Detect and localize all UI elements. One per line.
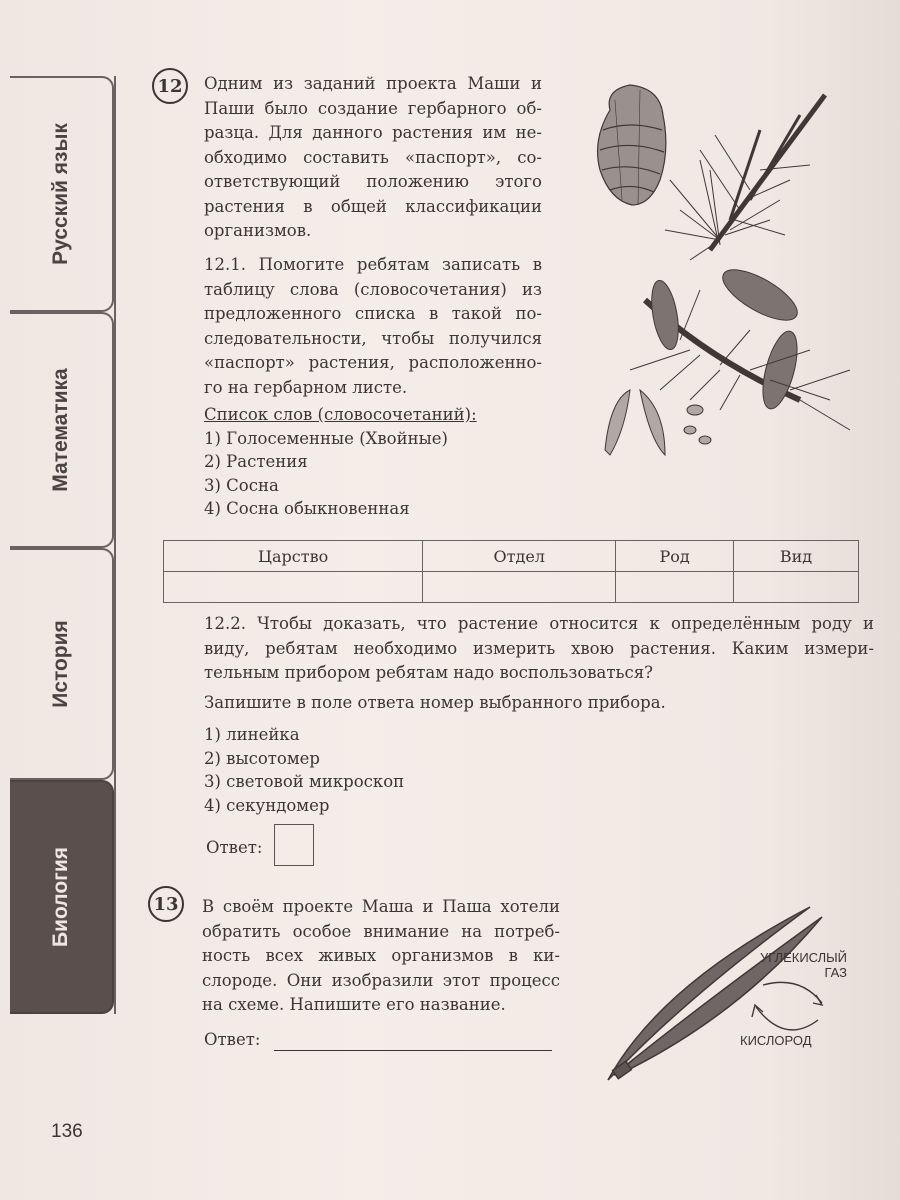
answer-cell-species[interactable] <box>733 572 858 603</box>
diagram-label-co2-line1: УГЛЕКИСЛЫЙ <box>760 950 847 965</box>
diagram-label-co2: УГЛЕКИСЛЫЙ ГАЗ <box>760 950 847 980</box>
text-line: «паспорт» растения, расположенно- <box>204 351 542 376</box>
table-header-genus: Род <box>616 541 734 572</box>
side-tab-biology[interactable]: Биология <box>10 780 114 1014</box>
table-header-row: Царство Отдел Род Вид <box>164 541 859 572</box>
answer-cell-genus[interactable] <box>616 572 734 603</box>
side-tab-history[interactable]: История <box>10 548 114 780</box>
word-list-item: 4) Сосна обыкновенная <box>204 497 477 521</box>
word-list-item: 2) Растения <box>204 450 477 474</box>
diagram-label-oxygen: КИСЛОРОД <box>740 1033 812 1048</box>
text-line: слороде. Они изобразили этот процесс <box>202 969 560 994</box>
text-line: организмов. <box>204 219 542 244</box>
text-line: го на гербарном листе. <box>204 376 542 401</box>
answer-cell-kingdom[interactable] <box>164 572 423 603</box>
word-list-item: 3) Сосна <box>204 474 477 498</box>
text-line: обратить особое внимание на потреб- <box>202 920 560 945</box>
tab-spine <box>114 76 116 1014</box>
answer-label-12-2: Ответ: <box>206 838 262 857</box>
diagram-label-co2-line2: ГАЗ <box>760 965 847 980</box>
option-item: 4) секундомер <box>204 794 404 818</box>
table-header-species: Вид <box>733 541 858 572</box>
text-line: таблицу слова (словосочетания) из <box>204 278 542 303</box>
task-12-2-prompt: 12.2. Чтобы доказать, что растение относ… <box>204 612 874 686</box>
text-line: Одним из заданий проекта Маши и <box>204 72 542 97</box>
text-line: ответствующий положению этого <box>204 170 542 195</box>
text-line: В своём проекте Маша и Паша хотели <box>202 895 560 920</box>
task-12-intro: Одним из заданий проекта Маши и Паши был… <box>204 72 542 244</box>
text-line: ность всех живых организмов в ки- <box>202 944 560 969</box>
pine-branch-illustration <box>570 70 880 460</box>
task-12-1-prompt: 12.1. Помогите ребятам записать в таблиц… <box>204 253 542 400</box>
side-tab-label: Русский язык <box>49 123 73 265</box>
text-line: следовательности, чтобы получился <box>204 327 542 352</box>
word-list-title: Список слов (словосочетаний): <box>204 403 477 427</box>
option-item: 3) световой микроскоп <box>204 770 404 794</box>
text-line: разца. Для данного растения им не- <box>204 121 542 146</box>
gas-exchange-arrows <box>752 982 822 1030</box>
word-list: Список слов (словосочетаний): 1) Голосем… <box>204 403 477 521</box>
task-13-prompt: В своём проекте Маша и Паша хотели обрат… <box>202 895 560 1018</box>
text-line: на схеме. Напишите его название. <box>202 993 560 1018</box>
table-header-kingdom: Царство <box>164 541 423 572</box>
word-list-item: 1) Голосеменные (Хвойные) <box>204 427 477 451</box>
option-item: 2) высотомер <box>204 747 404 771</box>
answer-box-12-2[interactable] <box>274 824 314 866</box>
page-number: 136 <box>51 1121 83 1143</box>
text-line: 12.1. Помогите ребятам записать в <box>204 253 542 278</box>
passport-table: Царство Отдел Род Вид <box>163 540 859 603</box>
side-tab-label: История <box>49 620 73 708</box>
text-line: предложенного списка в такой по- <box>204 302 542 327</box>
table-answer-row <box>164 572 859 603</box>
text-line: 12.2. Чтобы доказать, что растение относ… <box>204 612 874 637</box>
side-tab-russian[interactable]: Русский язык <box>10 76 114 312</box>
instrument-options: 1) линейка 2) высотомер 3) световой микр… <box>204 723 404 817</box>
text-line: растения в общей классификации <box>204 195 542 220</box>
task-12-2-instruction: Запишите в поле ответа номер выбранного … <box>204 691 874 716</box>
answer-line-13[interactable] <box>274 1050 552 1051</box>
table-header-division: Отдел <box>423 541 616 572</box>
option-item: 1) линейка <box>204 723 404 747</box>
task-12-number-badge: 12 <box>152 68 188 104</box>
text-line: виду, ребятам необходимо измерить хвою р… <box>204 637 874 662</box>
text-line: обходимо составить «паспорт», со- <box>204 146 542 171</box>
task-13-number-badge: 13 <box>148 886 184 922</box>
side-tab-math[interactable]: Математика <box>10 312 114 548</box>
text-line: Паши было создание гербарного об- <box>204 97 542 122</box>
answer-cell-division[interactable] <box>423 572 616 603</box>
pine-needle-diagram <box>600 895 880 1095</box>
text-line: тельным прибором ребятам надо воспользов… <box>204 661 874 686</box>
side-tab-label: Биология <box>49 847 73 947</box>
side-tab-label: Математика <box>49 368 73 491</box>
answer-label-13: Ответ: <box>204 1030 260 1049</box>
